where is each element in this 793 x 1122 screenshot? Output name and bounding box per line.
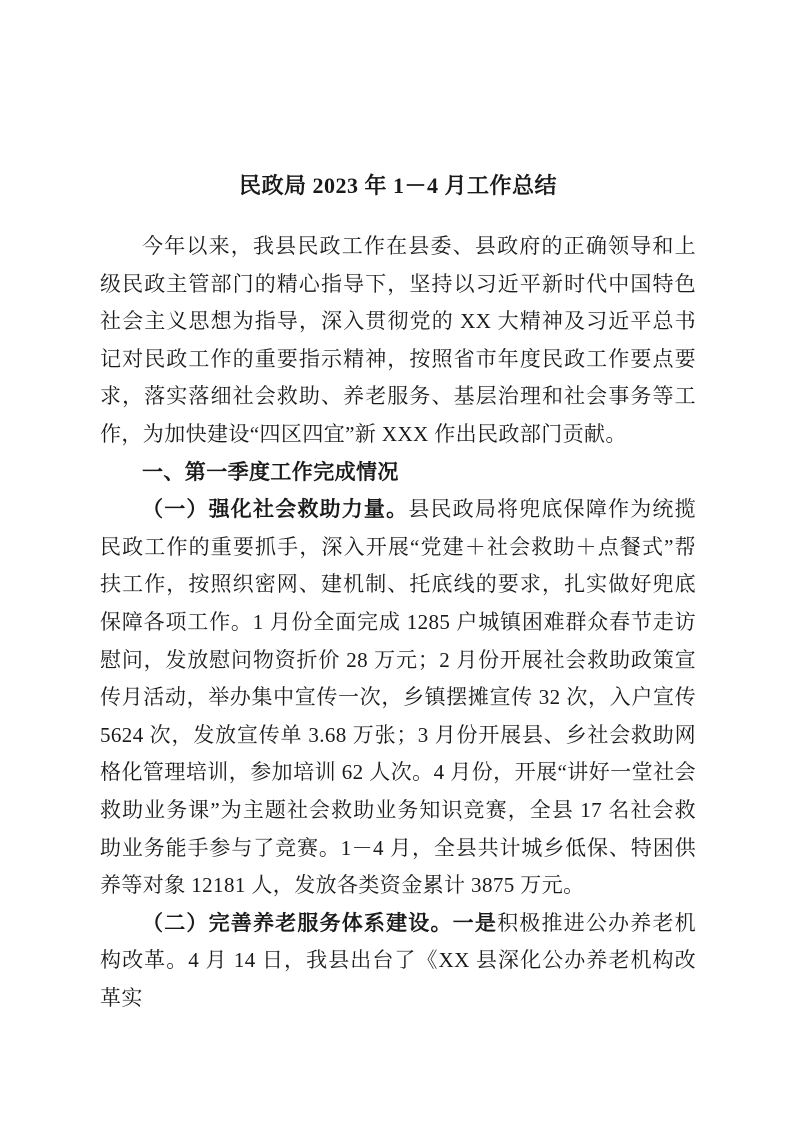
document-title: 民政局 2023 年 1－4 月工作总结: [100, 167, 696, 205]
item2-lead: （二）完善养老服务体系建设。一是: [142, 911, 497, 935]
section1-heading: 一、第一季度工作完成情况: [100, 454, 696, 492]
intro-paragraph: 今年以来，我县民政工作在县委、县政府的正确领导和上级民政主管部门的精心指导下，坚…: [100, 228, 696, 454]
document-content: 民政局 2023 年 1－4 月工作总结 今年以来，我县民政工作在县委、县政府的…: [0, 0, 793, 1017]
item2-paragraph: （二）完善养老服务体系建设。一是积极推进公办养老机构改革。4 月 14 日，我县…: [100, 905, 696, 1018]
item1-paragraph: （一）强化社会救助力量。县民政局将兜底保障作为统揽民政工作的重要抓手，深入开展“…: [100, 491, 696, 905]
document-page: 民政局 2023 年 1－4 月工作总结 今年以来，我县民政工作在县委、县政府的…: [0, 0, 793, 1122]
item1-lead: （一）强化社会救助力量。: [142, 497, 408, 521]
item1-body: 县民政局将兜底保障作为统揽民政工作的重要抓手，深入开展“党建＋社会救助＋点餐式”…: [100, 497, 696, 897]
